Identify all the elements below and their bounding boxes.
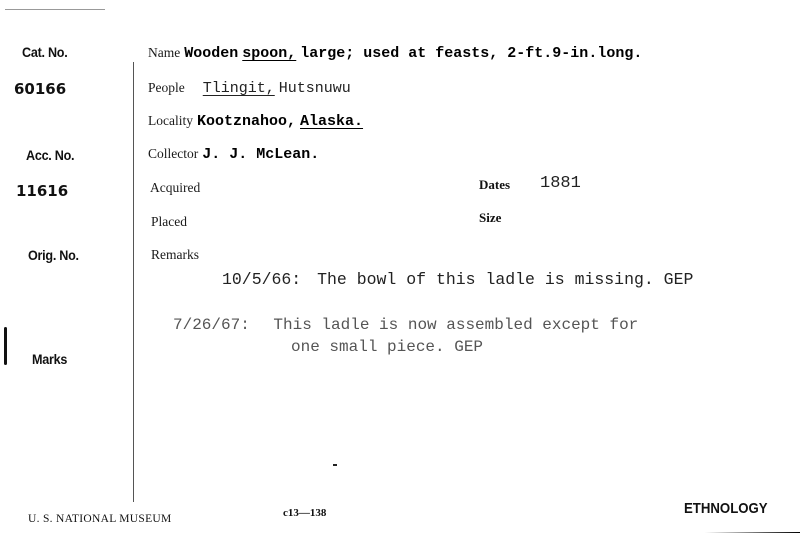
placed-label: Placed	[151, 214, 187, 230]
department-label: ETHNOLOGY	[684, 500, 768, 517]
people-row: People Tlingit, Hutsnuwu	[148, 79, 351, 97]
locality-value-1: Kootznahoo,	[197, 113, 296, 130]
remarks-label: Remarks	[151, 247, 199, 263]
column-divider	[133, 62, 134, 502]
people-label: People	[148, 80, 185, 95]
institution-name: U. S. NATIONAL MUSEUM	[28, 513, 172, 525]
remark-text: The bowl of this ladle is missing. GEP	[317, 270, 693, 289]
people-value-1: Tlingit,	[203, 80, 275, 97]
bracket-mark	[4, 327, 7, 365]
name-row: Name Wooden spoon, large; used at feasts…	[148, 44, 642, 62]
name-value-2: spoon,	[242, 45, 296, 62]
size-label: Size	[479, 210, 501, 226]
collector-value: J. J. McLean.	[202, 146, 319, 163]
dates-label: Dates	[479, 177, 510, 193]
collector-label: Collector	[148, 146, 198, 161]
name-label: Name	[148, 45, 180, 60]
scan-artifact	[5, 9, 105, 10]
cat-no-label: Cat. No.	[22, 44, 67, 60]
remark-text: This ladle is now assembled except for	[273, 316, 638, 334]
marks-label: Marks	[32, 351, 67, 367]
remark-entry-1: 10/5/66: The bowl of this ladle is missi…	[222, 270, 693, 289]
remark-date: 10/5/66:	[222, 270, 301, 289]
remark-entry-2: 7/26/67: This ladle is now assembled exc…	[173, 316, 638, 334]
name-value-3: large; used at feasts, 2-ft.9-in.long.	[300, 45, 642, 62]
dates-value: 1881	[540, 174, 581, 193]
orig-no-label: Orig. No.	[28, 247, 79, 263]
acc-no-label: Acc. No.	[26, 147, 74, 163]
form-number: c13—138	[283, 507, 326, 519]
ink-speck	[333, 464, 337, 466]
locality-value-2: Alaska.	[300, 113, 363, 130]
remark-entry-2-line-2: one small piece. GEP	[291, 338, 483, 356]
remark-date: 7/26/67:	[173, 316, 250, 334]
collector-row: Collector J. J. McLean.	[148, 145, 319, 163]
cat-no-value: 60166	[14, 80, 66, 98]
locality-label: Locality	[148, 113, 193, 128]
people-value-2: Hutsnuwu	[279, 80, 351, 97]
name-value-1: Wooden	[184, 45, 238, 62]
locality-row: Locality Kootznahoo, Alaska.	[148, 112, 363, 130]
acc-no-value: 11616	[16, 182, 68, 200]
acquired-label: Acquired	[150, 180, 200, 196]
